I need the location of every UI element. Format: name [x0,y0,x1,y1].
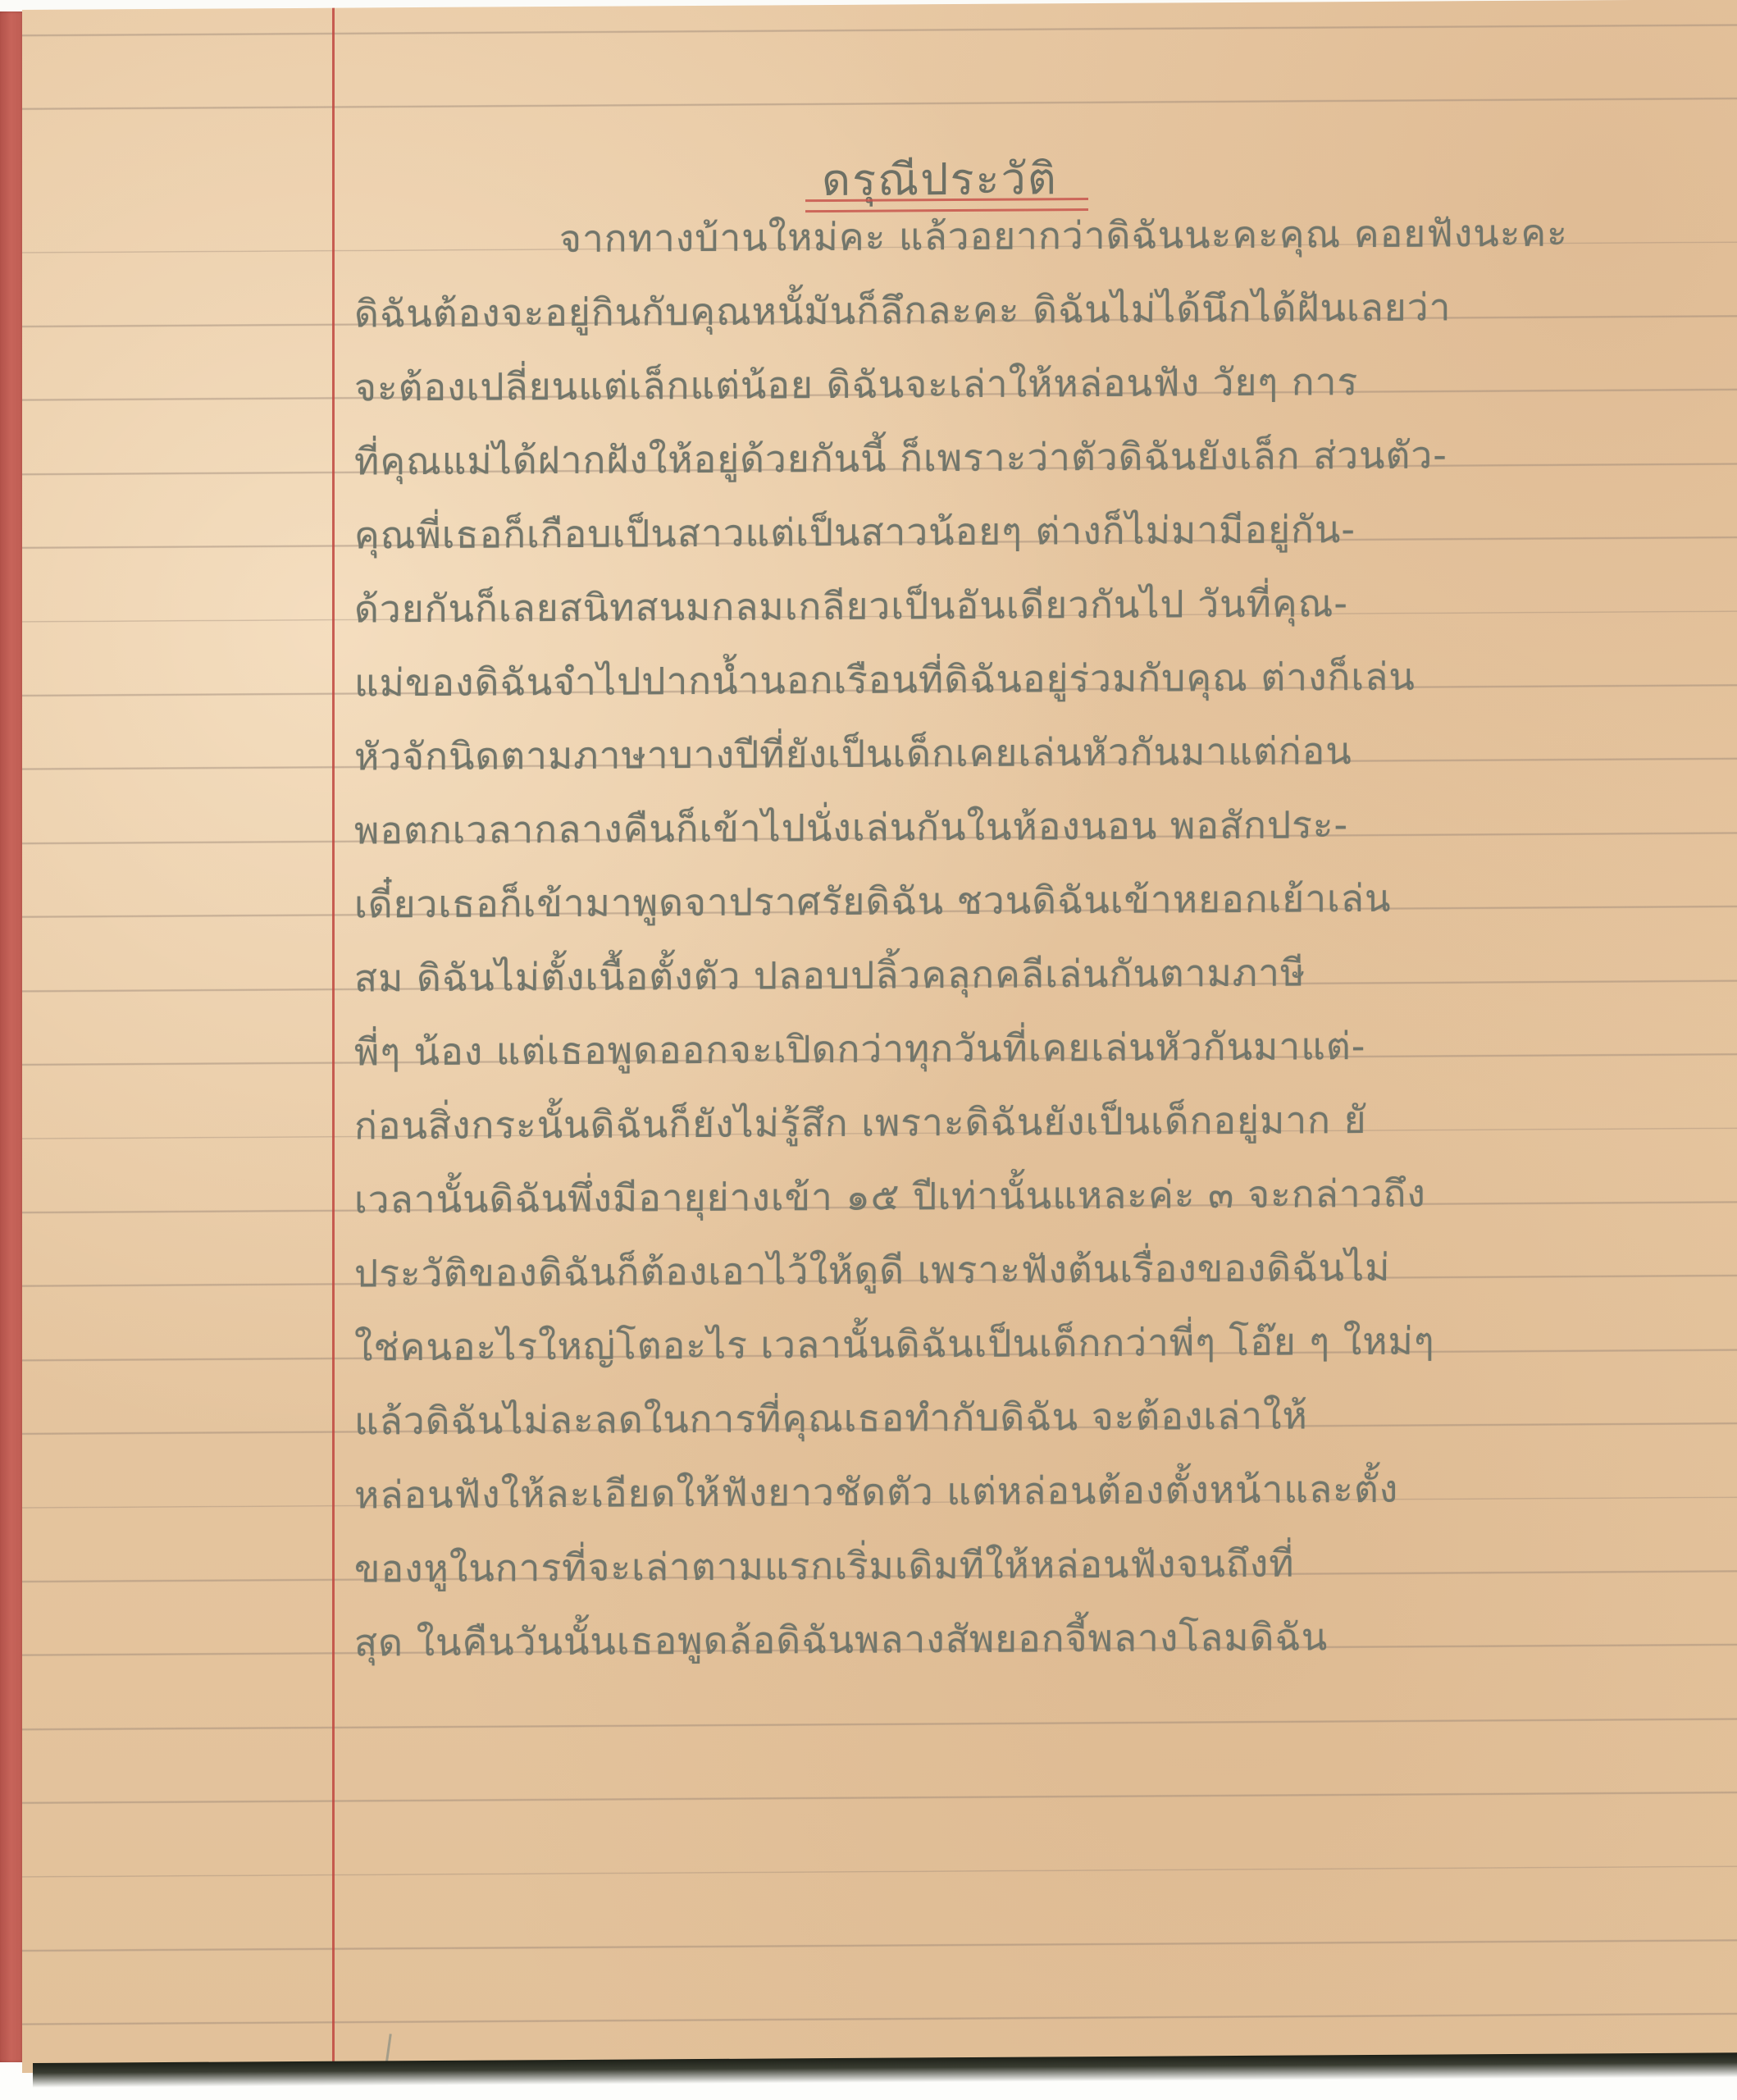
text-line: จะต้องเปลี่ยนแต่เล็กแต่น้อย ดิฉันจะเล่าใ… [354,342,1737,424]
notebook-page: ดรุณีประวัติ จากทางบ้านใหม่คะ แล้วอยากว่… [22,0,1737,2073]
text-line: คุณพี่เธอก็เกือบเป็นสาวแต่เป็นสาวน้อยๆ ต… [354,490,1737,572]
text-line: ของหูในการที่จะเล่าตามแรกเริ่มเดิมทีให้ห… [354,1523,1737,1605]
scanned-page: ดรุณีประวัติ จากทางบ้านใหม่คะ แล้วอยากว่… [0,0,1737,2100]
text-line: จากทางบ้านใหม่คะ แล้วอยากว่าดิฉันนะคะคุณ… [354,194,1737,276]
text-line: แม่ของดิฉันจำไปปากน้ำนอกเรือนที่ดิฉันอยู… [354,637,1737,719]
text-line: ประวัติของดิฉันก็ต้องเอาไว้ให้ดูดี เพราะ… [354,1228,1737,1310]
handwritten-body: จากทางบ้านใหม่คะ แล้วอยากว่าดิฉันนะคะคุณ… [354,194,1737,1679]
red-margin-line [332,8,335,2071]
text-line: ที่คุณแม่ได้ฝากฝังให้อยู่ด้วยกันนี้ ก็เพ… [354,416,1737,498]
text-line: หัวจักนิดตามภาษาบางปีที่ยังเป็นเด็กเคยเล… [354,711,1737,793]
text-line: พอตกเวลากลางคืนก็เข้าไปนั่งเล่นกันในห้อง… [354,785,1737,867]
text-line: พี่ๆ น้อง แต่เธอพูดออกจะเปิดกว่าทุกวันที… [354,1007,1737,1089]
red-binding-strip [0,11,25,2062]
text-line: เดี๋ยวเธอก็เข้ามาพูดจาปราศรัยดิฉัน ชวนดิ… [354,859,1737,941]
text-line: ด้วยกันก็เลยสนิทสนมกลมเกลียวเป็นอันเดียว… [354,564,1737,646]
text-line: ใช่คนอะไรใหญ่โตอะไร เวลานั้นดิฉันเป็นเด็… [354,1302,1737,1384]
text-line: สุด ในคืนวันนั้นเธอพูดล้อดิฉันพลางสัพยอก… [354,1597,1737,1679]
text-line: แล้วดิฉันไม่ละลดในการที่คุณเธอทำกับดิฉัน… [354,1376,1737,1458]
text-line: สม ดิฉันไม่ตั้งเนื้อตั้งตัว ปลอบปลิ้วคลุ… [354,933,1737,1015]
text-line: หล่อนฟังให้ละเอียดให้ฟังยาวชัดตัว แต่หล่… [354,1449,1737,1532]
text-line: เวลานั้นดิฉันพึ่งมีอายุย่างเข้า ๑๕ ปีเท่… [354,1154,1737,1236]
text-line: ดิฉันต้องจะอยู่กินกับคุณหนั้มันก็ลึกละคะ… [354,268,1737,350]
text-line: ก่อนสิ่งกระนั้นดิฉันก็ยังไม่รู้สึก เพราะ… [354,1080,1737,1162]
